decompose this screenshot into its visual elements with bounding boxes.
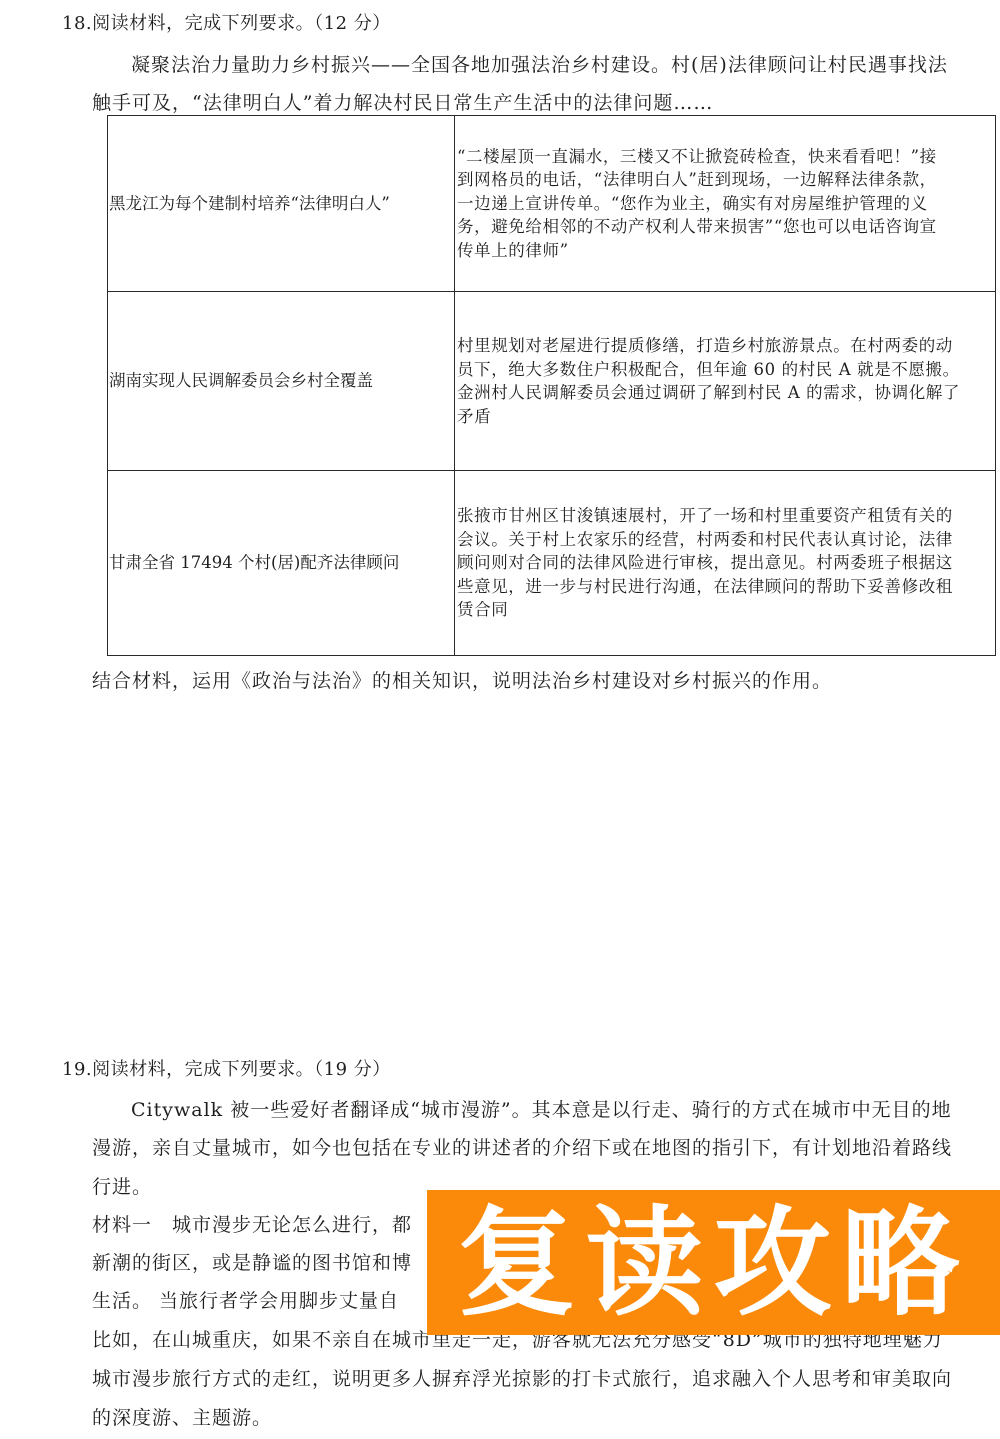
desc-line: 些意见，进一步与村民进行沟通，在法律顾问的帮助下妥善修改租 — [457, 575, 995, 599]
q18-question: 结合材料，运用《政治与法治》的相关知识，说明法治乡村建设对乡村振兴的作用。 — [92, 669, 1000, 693]
material1-line-6: 的深度游、主题游。 — [92, 1406, 1000, 1430]
material1-line-5: 城市漫步旅行方式的走红，说明更多人摒弃浮光掠影的打卡式旅行，追求融入个人思考和审… — [92, 1367, 1000, 1391]
q18-material-table: 黑龙江为每个建制村培养“法律明白人” “二楼屋顶一直漏水，三楼又不让掀瓷砖检查，… — [107, 115, 996, 656]
desc-line: 会议。关于村上农家乐的经营，村两委和村民代表认真讨论，法律 — [457, 528, 995, 552]
desc-line: 赁合同 — [457, 598, 995, 622]
desc-line: 到网格员的电话，“法律明白人”赶到现场，一边解释法律条款， — [457, 168, 995, 192]
q18-intro-line-2: 触手可及，“法律明白人”着力解决村民日常生产生活中的法律问题…… — [92, 91, 1000, 115]
table-cell-region: 甘肃全省 17494 个村(居)配齐法律顾问 — [108, 471, 455, 656]
desc-line: 务，避免给相邻的不动产权利人带来损害”“您也可以电话咨询宣 — [457, 215, 995, 239]
table-cell-description: 村里规划对老屋进行提质修缮，打造乡村旅游景点。在村两委的动 员下，绝大多数住户积… — [455, 292, 996, 471]
desc-line: “二楼屋顶一直漏水，三楼又不让掀瓷砖检查，快来看看吧！”接 — [457, 145, 995, 169]
desc-line: 顾问则对合同的法律风险进行审核，提出意见。村两委班子根据这 — [457, 551, 995, 575]
desc-line: 传单上的律师” — [457, 239, 995, 263]
table-cell-region: 湖南实现人民调解委员会乡村全覆盖 — [108, 292, 455, 471]
table-cell-description: “二楼屋顶一直漏水，三楼又不让掀瓷砖检查，快来看看吧！”接 到网格员的电话，“法… — [455, 116, 996, 292]
q19-heading: 19.阅读材料，完成下列要求。（19 分） — [62, 1058, 391, 1082]
table-row: 甘肃全省 17494 个村(居)配齐法律顾问 张掖市甘州区甘浚镇速展村，开了一场… — [108, 471, 996, 656]
table-cell-description: 张掖市甘州区甘浚镇速展村，开了一场和村里重要资产租赁有关的 会议。关于村上农家乐… — [455, 471, 996, 656]
watermark-text: 复读攻略 — [457, 1204, 969, 1322]
desc-line: 张掖市甘州区甘浚镇速展村，开了一场和村里重要资产租赁有关的 — [457, 504, 995, 528]
desc-line: 金洲村人民调解委员会通过调研了解到村民 A 的需求，协调化解了 — [457, 381, 995, 405]
q19-intro-line-2: 漫游，亲自丈量城市，如今也包括在专业的讲述者的介绍下或在地图的指引下，有计划地沿… — [92, 1136, 1000, 1160]
table-row: 黑龙江为每个建制村培养“法律明白人” “二楼屋顶一直漏水，三楼又不让掀瓷砖检查，… — [108, 116, 996, 292]
table-cell-region: 黑龙江为每个建制村培养“法律明白人” — [108, 116, 455, 292]
watermark-banner: 复读攻略 — [427, 1190, 1000, 1335]
q18-heading: 18.阅读材料，完成下列要求。（12 分） — [62, 12, 391, 36]
desc-line: 村里规划对老屋进行提质修缮，打造乡村旅游景点。在村两委的动 — [457, 334, 995, 358]
desc-line: 一边递上宣讲传单。“您作为业主，确实有对房屋维护管理的义 — [457, 192, 995, 216]
desc-line: 矛盾 — [457, 405, 995, 429]
q18-intro-line-1: 凝聚法治力量助力乡村振兴——全国各地加强法治乡村建设。村(居)法律顾问让村民遇事… — [131, 53, 1000, 77]
table-row: 湖南实现人民调解委员会乡村全覆盖 村里规划对老屋进行提质修缮，打造乡村旅游景点。… — [108, 292, 996, 471]
q19-intro-line-1: Citywalk 被一些爱好者翻译成“城市漫游”。其本意是以行走、骑行的方式在城… — [131, 1098, 1000, 1122]
desc-line: 员下，绝大多数住户积极配合，但年逾 60 的村民 A 就是不愿搬。 — [457, 358, 995, 382]
